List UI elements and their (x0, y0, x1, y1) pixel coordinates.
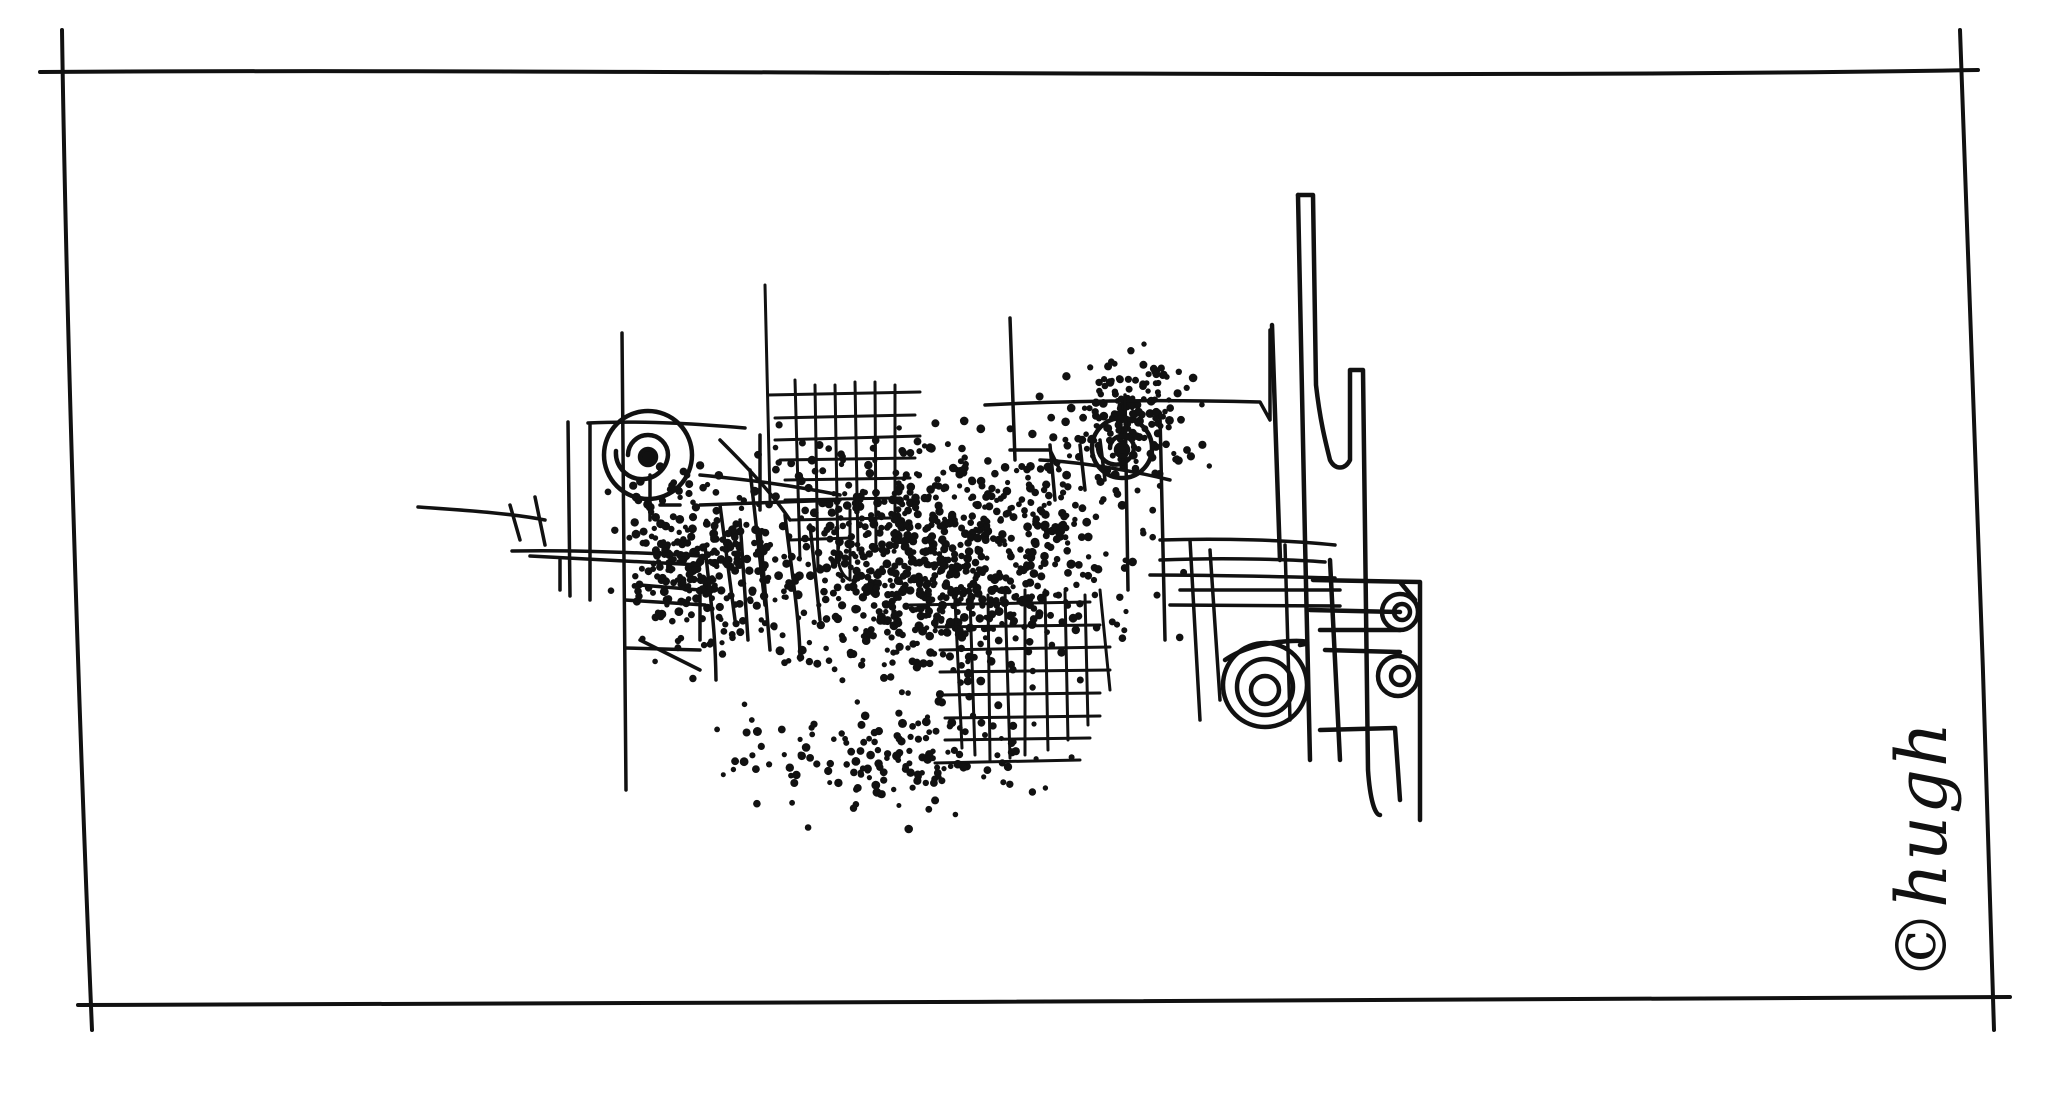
artist-signature: ©hugh (1862, 720, 1982, 980)
spiral-right-large (1223, 641, 1307, 727)
ink-sketch (0, 0, 2046, 1098)
right-towers (1272, 195, 1420, 820)
spiral-right-small (1378, 594, 1418, 696)
spiral-left (604, 411, 692, 499)
signature-text: ©hugh (1881, 720, 1963, 980)
